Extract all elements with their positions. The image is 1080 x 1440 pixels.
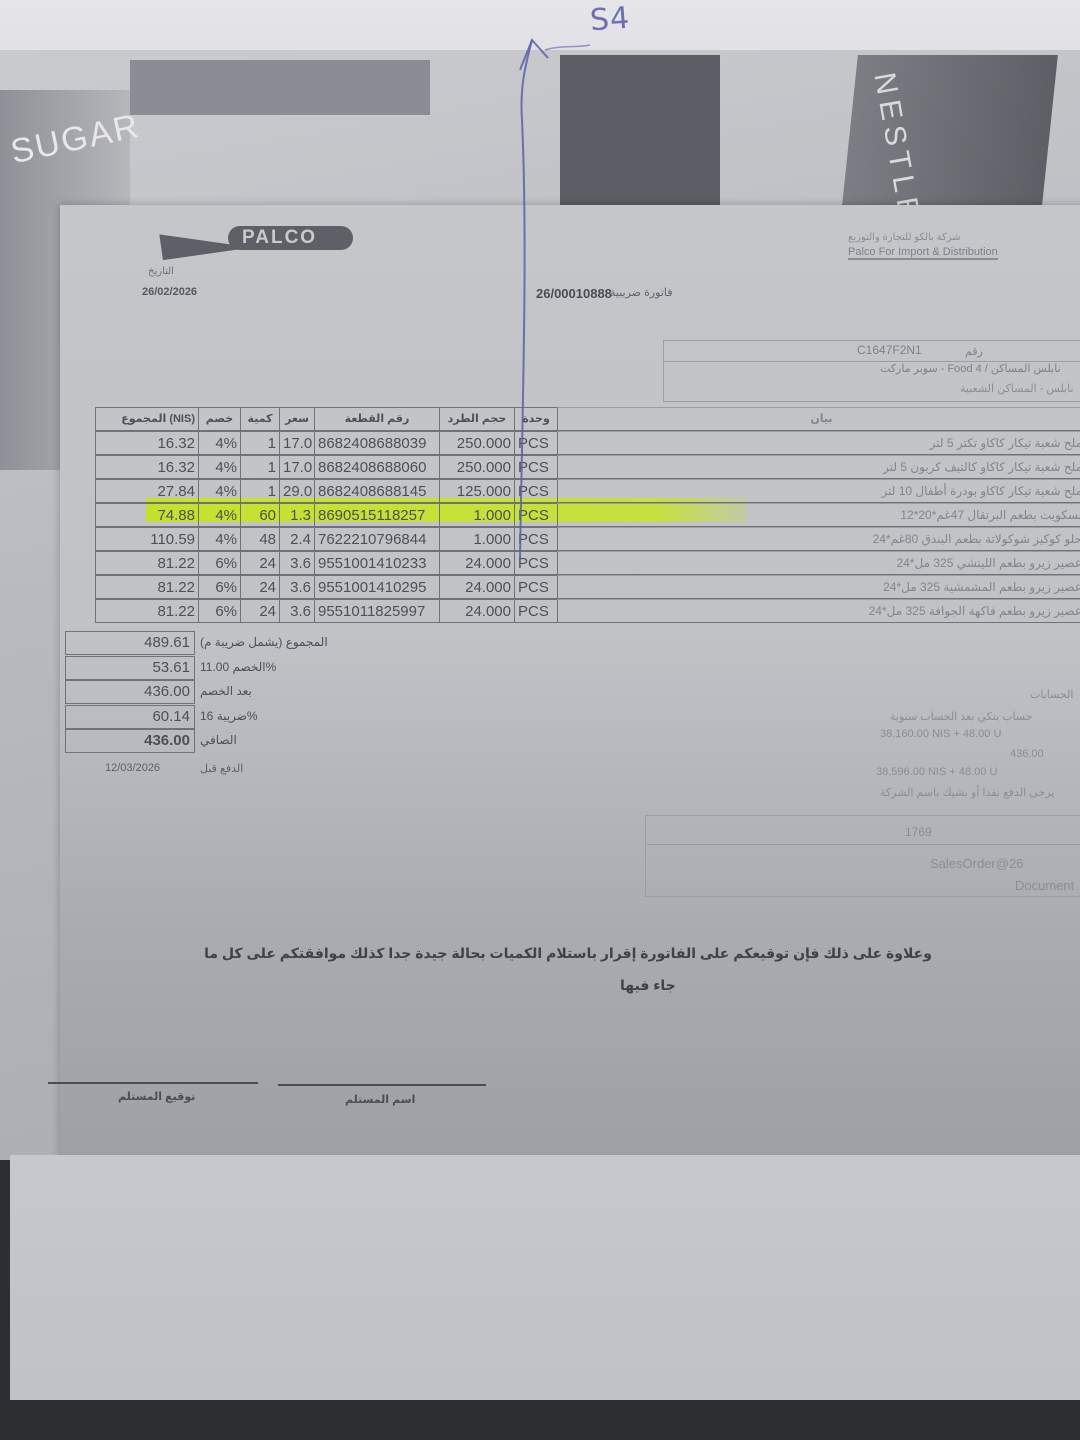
total-value: 53.61 (65, 656, 195, 680)
cell-discount: 4% (198, 479, 241, 503)
invoice-date: 26/02/2026 (142, 286, 197, 298)
cell-unit: PCS (514, 575, 558, 599)
cell-unit: PCS (514, 599, 558, 623)
cell-unit: PCS (514, 431, 558, 455)
col-item-no: رقم القطعة (314, 407, 440, 431)
cell-quantity: 48 (240, 527, 280, 551)
receipt-declaration-cont: جاء فيها (620, 977, 676, 994)
invoice-type: فاتورة ضريبية (610, 286, 673, 299)
cell-size: 250.000 (439, 455, 515, 479)
company-name-english: Palco For Import & Distribution (848, 246, 998, 260)
cell-price: 3.6 (279, 551, 315, 575)
notes-line-1: 1769 (905, 825, 932, 839)
background-object (130, 60, 430, 115)
background-object (560, 55, 720, 210)
cell-total: 110.59 (95, 527, 199, 551)
cell-item-no: 7622210796844 (314, 527, 440, 551)
receiver-name-label: اسم المستلم (345, 1093, 415, 1106)
cell-unit: PCS (514, 527, 558, 551)
notes-line-2: SalesOrder@26 (930, 856, 1023, 871)
customer-name: سوبر ماركت - Food 4 / نابلس المساكن (880, 362, 1061, 375)
cell-description: ملح شعبة تيكار كاكاو تكتر 5 لتر (557, 431, 1080, 455)
cell-price: 17.0 (279, 455, 315, 479)
cell-description: ملح شعبة تيكار كاكاو كالتيف كربون 5 لتر (557, 455, 1080, 479)
company-logo: PALCO (160, 218, 360, 258)
cell-discount: 6% (198, 599, 241, 623)
page-edge (0, 1400, 1080, 1440)
cell-size: 1.000 (439, 503, 515, 527)
date-label: التاريخ (148, 266, 174, 277)
cell-quantity: 1 (240, 455, 280, 479)
cell-total: 16.32 (95, 455, 199, 479)
total-value: 60.14 (65, 705, 195, 729)
bank-info-line: 38,160.00 NIS + 48.00 U (880, 728, 1001, 740)
cell-item-no: 8690515118257 (314, 503, 440, 527)
cell-item-no: 9551001410295 (314, 575, 440, 599)
cell-size: 24.000 (439, 575, 515, 599)
receiver-signature-label: توقيع المستلم (118, 1090, 195, 1103)
cell-item-no: 8682408688060 (314, 455, 440, 479)
company-name-arabic: شركة بالكو للتجارة والتوزيع (848, 232, 961, 243)
col-total: المجموع (NIS) (95, 407, 199, 431)
lower-page (10, 1155, 1080, 1400)
bank-info-line: 436.00 (1010, 748, 1044, 760)
total-label: ضريبة 16% (200, 709, 258, 723)
name-line (278, 1084, 486, 1086)
cell-price: 2.4 (279, 527, 315, 551)
cell-discount: 4% (198, 527, 241, 551)
cell-quantity: 1 (240, 479, 280, 503)
cell-description: حلو كوكيز شوكولاتة بطعم البندق 80غم*24 (557, 527, 1080, 551)
col-unit: وحدة (514, 407, 558, 431)
col-quantity: كمية (240, 407, 280, 431)
cell-price: 1.3 (279, 503, 315, 527)
cell-price: 3.6 (279, 575, 315, 599)
cell-total: 27.84 (95, 479, 199, 503)
invoice-number: 26/00010888 (536, 286, 612, 301)
cell-item-no: 9551011825997 (314, 599, 440, 623)
cell-price: 3.6 (279, 599, 315, 623)
bank-info-line: حساب بنكي بعد الحساب سنوية (890, 710, 1033, 723)
notes-line-3: Document (1015, 878, 1074, 893)
bank-info-line: الحسابات (1030, 688, 1073, 701)
cell-discount: 4% (198, 503, 241, 527)
receipt-declaration: وعلاوة على ذلك فإن توقيعكم على الفاتورة … (48, 945, 1080, 962)
cell-price: 29.0 (279, 479, 315, 503)
col-description: بيان (557, 407, 1080, 431)
logo-text: PALCO (242, 227, 317, 249)
cell-description: ملح شعبة تيكار كاكاو بودرة أطفال 10 لتر (557, 479, 1080, 503)
cell-size: 24.000 (439, 551, 515, 575)
cell-discount: 6% (198, 551, 241, 575)
cell-total: 81.22 (95, 575, 199, 599)
cell-discount: 4% (198, 431, 241, 455)
handwritten-note: S4 (589, 1, 631, 39)
total-value: 436.00 (65, 729, 195, 753)
col-discount: خصم (198, 407, 241, 431)
cell-unit: PCS (514, 455, 558, 479)
cell-item-no: 8682408688039 (314, 431, 440, 455)
cell-unit: PCS (514, 479, 558, 503)
cell-unit: PCS (514, 503, 558, 527)
col-size: حجم الطرد (439, 407, 515, 431)
cell-price: 17.0 (279, 431, 315, 455)
cell-total: 16.32 (95, 431, 199, 455)
customer-code: C1647F2N1 (857, 343, 922, 357)
signature-line (48, 1082, 258, 1084)
cell-quantity: 24 (240, 551, 280, 575)
cell-discount: 6% (198, 575, 241, 599)
bank-info-line: 38,596.00 NIS + 48.00 U (876, 766, 997, 778)
cell-size: 24.000 (439, 599, 515, 623)
cell-description: عصير زيرو بطعم فاكهة الجوافة 325 مل*24 (557, 599, 1080, 623)
cell-item-no: 9551001410233 (314, 551, 440, 575)
cell-discount: 4% (198, 455, 241, 479)
cell-size: 125.000 (439, 479, 515, 503)
cell-total: 81.22 (95, 599, 199, 623)
cell-quantity: 1 (240, 431, 280, 455)
cell-item-no: 8682408688145 (314, 479, 440, 503)
total-label: الخصم 11.00% (200, 660, 276, 674)
total-label: الصافي (200, 733, 237, 747)
cell-unit: PCS (514, 551, 558, 575)
total-value: 436.00 (65, 680, 195, 704)
cell-description: بسكويت بطعم البرتقال 47غم*20*12 (557, 503, 1080, 527)
customer-address: نابلس - المساكن الشعبية (960, 382, 1074, 395)
cell-total: 81.22 (95, 551, 199, 575)
cell-size: 1.000 (439, 527, 515, 551)
cell-total: 74.88 (95, 503, 199, 527)
cell-quantity: 24 (240, 599, 280, 623)
due-date: 12/03/2026 (105, 762, 160, 774)
cell-size: 250.000 (439, 431, 515, 455)
cell-quantity: 24 (240, 575, 280, 599)
col-price: سعر (279, 407, 315, 431)
cell-quantity: 60 (240, 503, 280, 527)
cell-description: عصير زيرو بطعم الليتشي 325 مل*24 (557, 551, 1080, 575)
cell-description: عصير زيرو بطعم المشمشية 325 مل*24 (557, 575, 1080, 599)
due-label: الدفع قبل (200, 762, 243, 775)
customer-code-label: رقم (965, 345, 983, 358)
total-value: 489.61 (65, 631, 195, 655)
total-label: المجموع (يشمل ضريبة م) (200, 635, 328, 649)
total-label: بعد الخصم (200, 684, 252, 698)
bank-info-line: يرجى الدفع نقدا أو بشيك باسم الشركة (880, 786, 1054, 799)
